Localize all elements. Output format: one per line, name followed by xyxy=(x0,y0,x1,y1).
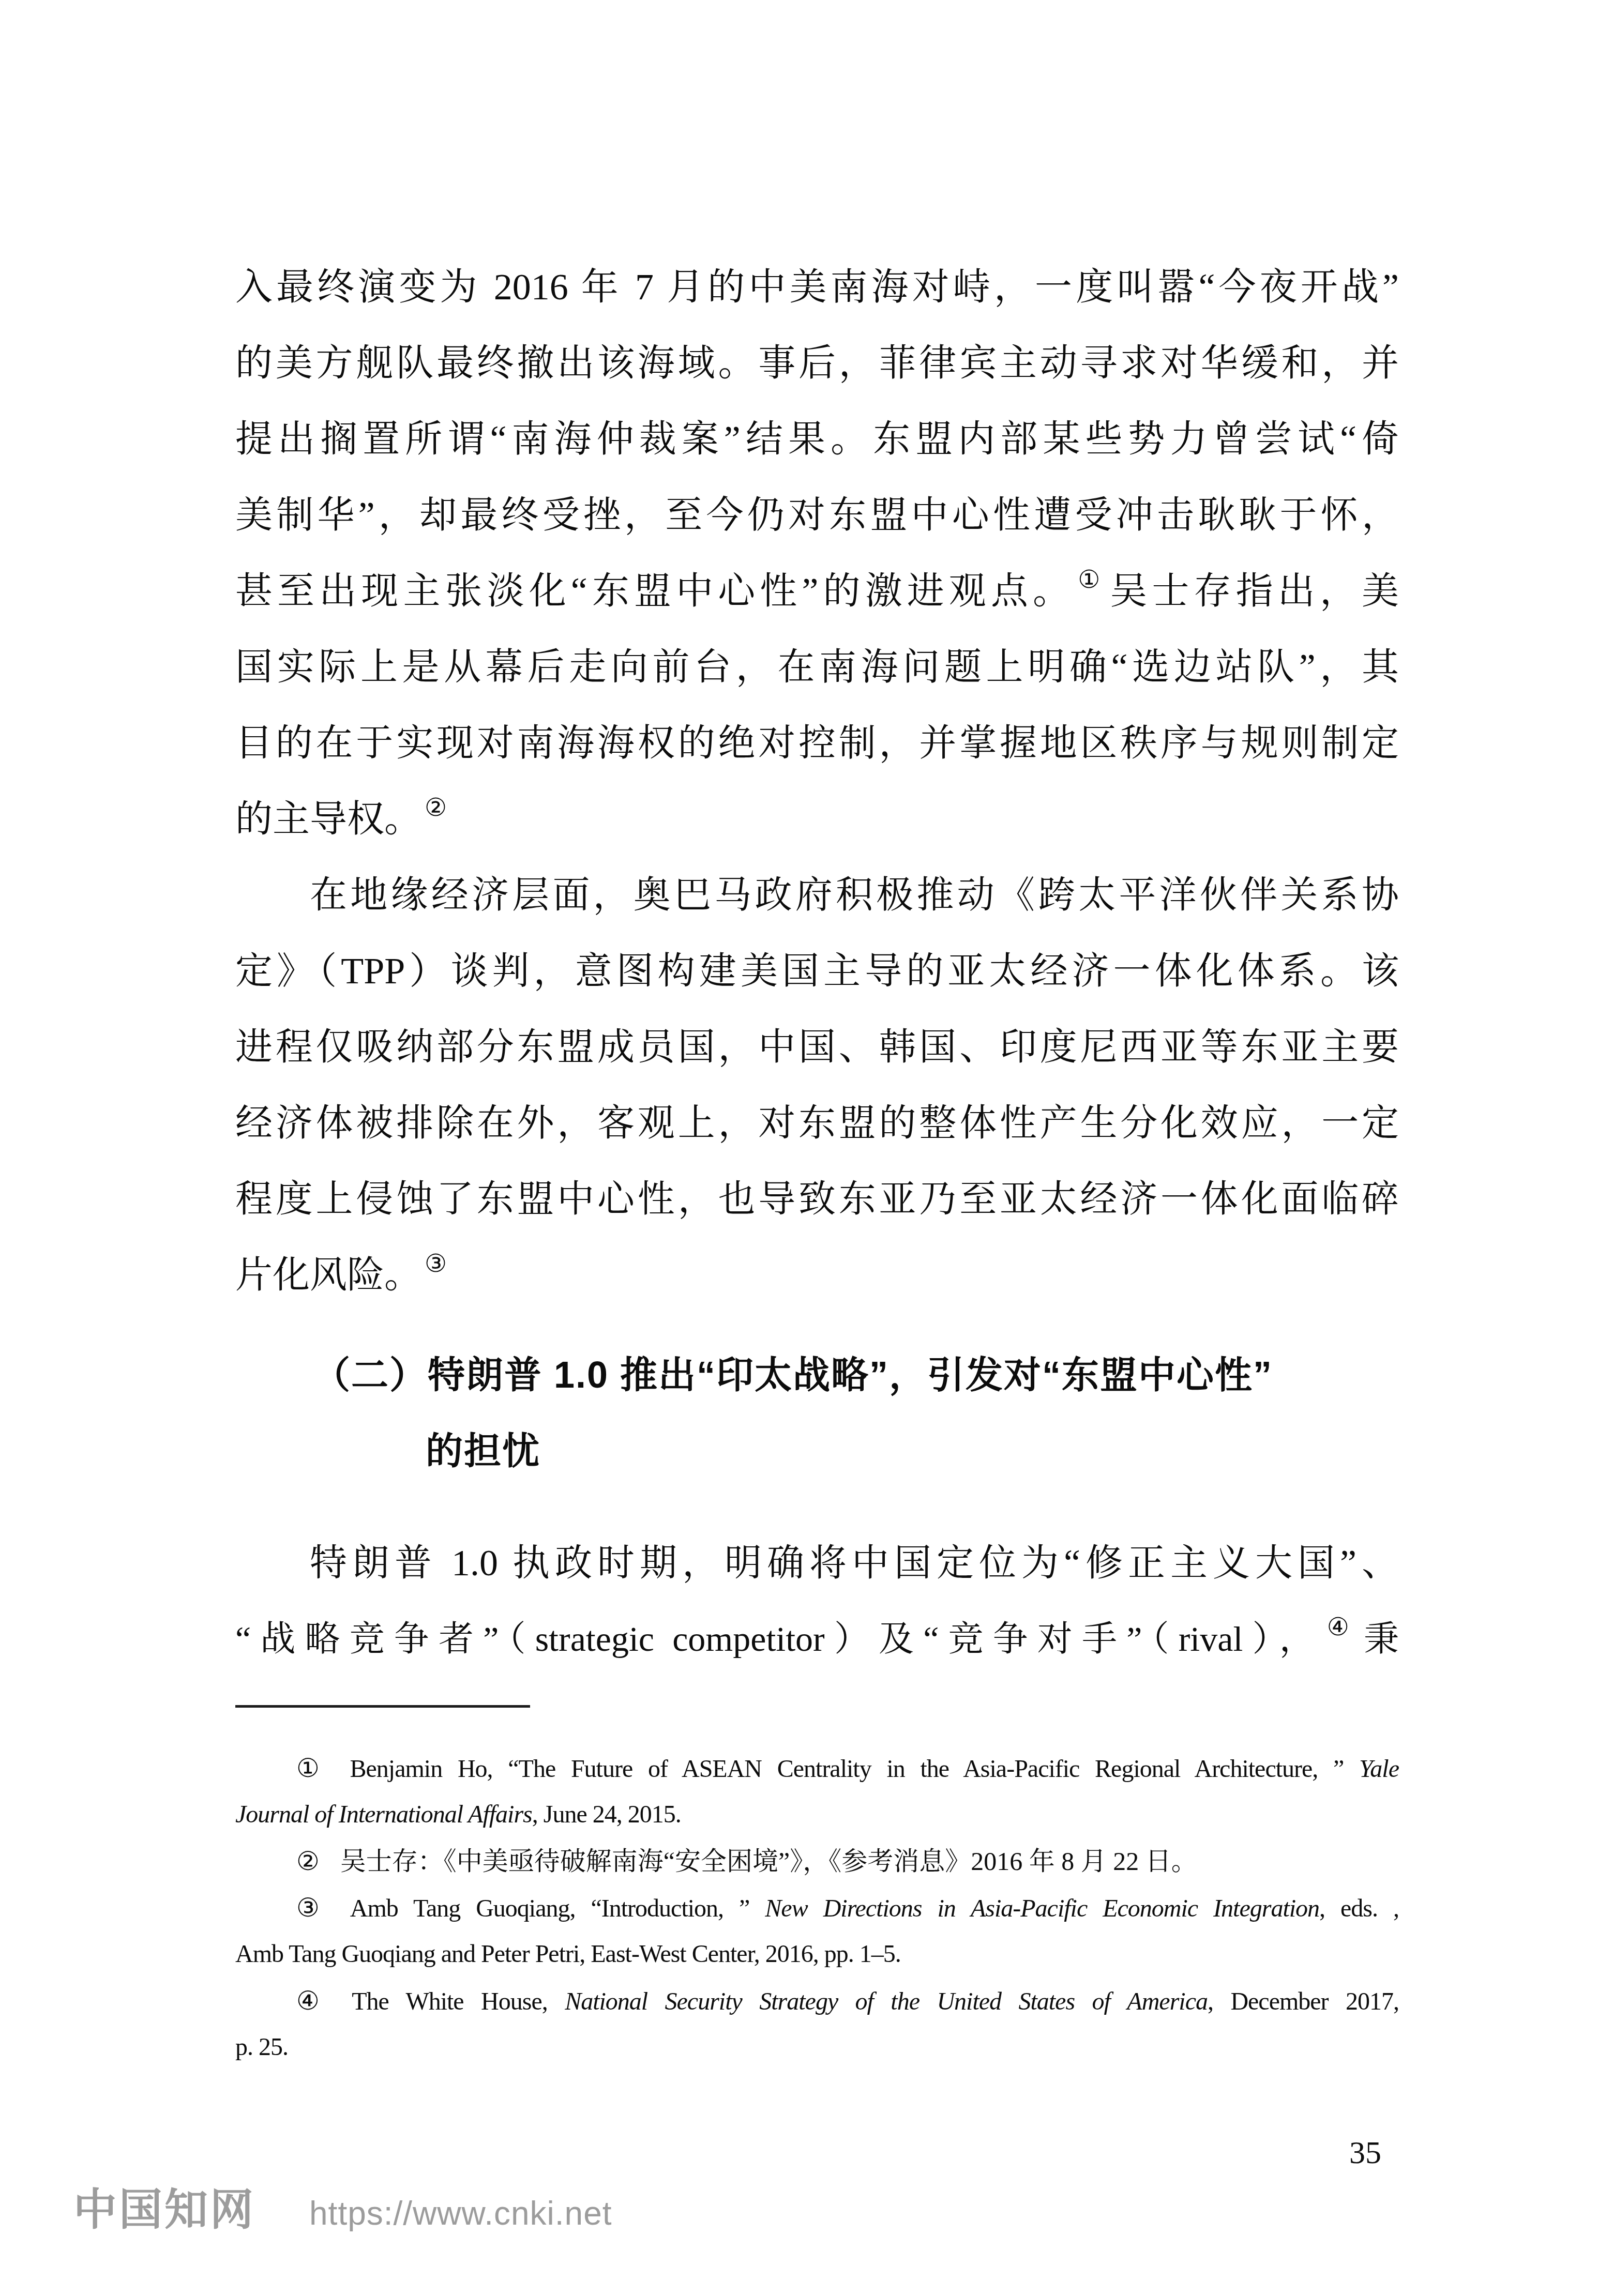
paragraph1-line: 的主导权。② xyxy=(235,781,1399,857)
footnote-1-line: ①Benjamin Ho, “The Future of ASEAN Centr… xyxy=(235,1744,1399,1792)
paragraph2-line: 程度上侵蚀了东盟中心性，也导致东亚乃至亚太经济一体化面临碎 xyxy=(235,1161,1399,1237)
journal-title-italic: Yale xyxy=(1359,1755,1399,1783)
paragraph3-line: 特朗普 1.0 执政时期，明确将中国定位为“修正主义大国”、 xyxy=(235,1525,1399,1601)
footnote-3-marker: ③ xyxy=(296,1893,329,1922)
cnki-watermark: 中国知网 https://www.cnki.net xyxy=(73,2186,612,2234)
paragraph2-line: 经济体被排除在外，客观上，对东盟的整体性产生分化效应，一定 xyxy=(235,1085,1399,1161)
text-segment: The White House, xyxy=(352,1988,565,2015)
text-segment: , eds. , xyxy=(1319,1895,1399,1922)
text-segment: Benjamin Ho, “The Future of ASEAN Centra… xyxy=(350,1755,1360,1783)
text-segment: Amb Tang Guoqiang, “Introduction, ” xyxy=(350,1895,765,1922)
paragraph1-line: 入最终演变为 2016 年 7 月的中美南海对峙，一度叫嚣“今夜开战” xyxy=(235,249,1399,325)
cnki-brand-text: 中国知网 xyxy=(73,2186,255,2233)
book-title-italic: National Security Strategy of the United… xyxy=(565,1988,1208,2015)
footnote-separator xyxy=(235,1705,530,1708)
paragraph1-line: 提出搁置所谓“南海仲裁案”结果。东盟内部某些势力曾尝试“倚 xyxy=(235,401,1399,477)
footnote-2-marker: ② xyxy=(296,1847,320,1876)
paragraph1-line: 美制华”，却最终受挫，至今仍对东盟中心性遭受冲击耿耿于怀， xyxy=(235,477,1399,553)
paragraph3-line: “战略竞争者”（strategic competitor）及“竞争对手”（riv… xyxy=(235,1601,1399,1677)
paragraph2-line: 在地缘经济层面，奥巴马政府积极推动《跨太平洋伙伴关系协 xyxy=(235,857,1399,933)
section-heading-line: （二）特朗普 1.0 推出“印太战略”，引发对“东盟中心性” xyxy=(235,1336,1476,1414)
text-segment: “战略竞争者”（strategic competitor）及“竞争对手”（riv… xyxy=(235,1619,1324,1659)
footnote-ref-4: ④ xyxy=(1327,1614,1359,1641)
footnote-ref-2: ② xyxy=(425,794,447,822)
text-segment: 的主导权。 xyxy=(235,798,421,840)
footnote-4-line: ④The White House, National Security Stra… xyxy=(235,1977,1399,2025)
text-segment: 片化风险。 xyxy=(235,1254,421,1296)
paragraph1-line: 目的在于实现对南海海权的绝对控制，并掌握地区秩序与规则制定 xyxy=(235,705,1399,781)
cnki-url-text: https://www.cnki.net xyxy=(309,2193,612,2234)
text-segment: 吴士存：《中美亟待破解南海“安全困境”》，《参考消息》2016 年 8 月 22… xyxy=(340,1847,1197,1876)
page-number: 35 xyxy=(1329,2129,1401,2177)
paragraph2-line: 片化风险。③ xyxy=(235,1237,1399,1313)
footnote-2-line: ②吴士存：《中美亟待破解南海“安全困境”》，《参考消息》2016 年 8 月 2… xyxy=(235,1837,1399,1885)
text-segment: , June 24, 2015. xyxy=(532,1801,681,1828)
footnote-1-line: Journal of International Affairs, June 2… xyxy=(235,1791,1399,1838)
journal-title-italic: Journal of International Affairs xyxy=(235,1801,532,1828)
footnote-4-marker: ④ xyxy=(296,1986,331,2015)
journal-page: 入最终演变为 2016 年 7 月的中美南海对峙，一度叫嚣“今夜开战” 的美方舰… xyxy=(0,0,1613,2296)
paragraph2-line: 进程仅吸纳部分东盟成员国，中国、韩国、印度尼西亚等东亚主要 xyxy=(235,1009,1399,1085)
paragraph1-line: 甚至出现主张淡化“东盟中心性”的激进观点。①吴士存指出，美 xyxy=(235,553,1399,629)
footnote-4-line: p. 25. xyxy=(235,2024,1399,2071)
section-heading-line: 的担忧 xyxy=(235,1412,1589,1490)
book-title-italic: New Directions in Asia-Pacific Economic … xyxy=(765,1895,1319,1922)
text-segment: 秉 xyxy=(1364,1619,1399,1659)
paragraph1-line: 的美方舰队最终撤出该海域。事后，菲律宾主动寻求对华缓和，并 xyxy=(235,325,1399,401)
paragraph2-line: 定》（TPP）谈判，意图构建美国主导的亚太经济一体化体系。该 xyxy=(235,933,1399,1009)
paragraph1-line: 国实际上是从幕后走向前台，在南海问题上明确“选边站队”，其 xyxy=(235,629,1399,705)
text-segment: 吴士存指出，美 xyxy=(1110,570,1399,612)
footnote-ref-1: ① xyxy=(1078,566,1105,594)
footnote-3-line: ③Amb Tang Guoqiang, “Introduction, ” New… xyxy=(235,1884,1399,1932)
text-segment: , December 2017, xyxy=(1208,1988,1399,2015)
footnote-1-marker: ① xyxy=(296,1754,329,1783)
footnote-ref-3: ③ xyxy=(425,1250,447,1278)
footnote-3-line: Amb Tang Guoqiang and Peter Petri, East-… xyxy=(235,1930,1399,1978)
text-segment: 甚至出现主张淡化“东盟中心性”的激进观点。 xyxy=(235,570,1075,612)
